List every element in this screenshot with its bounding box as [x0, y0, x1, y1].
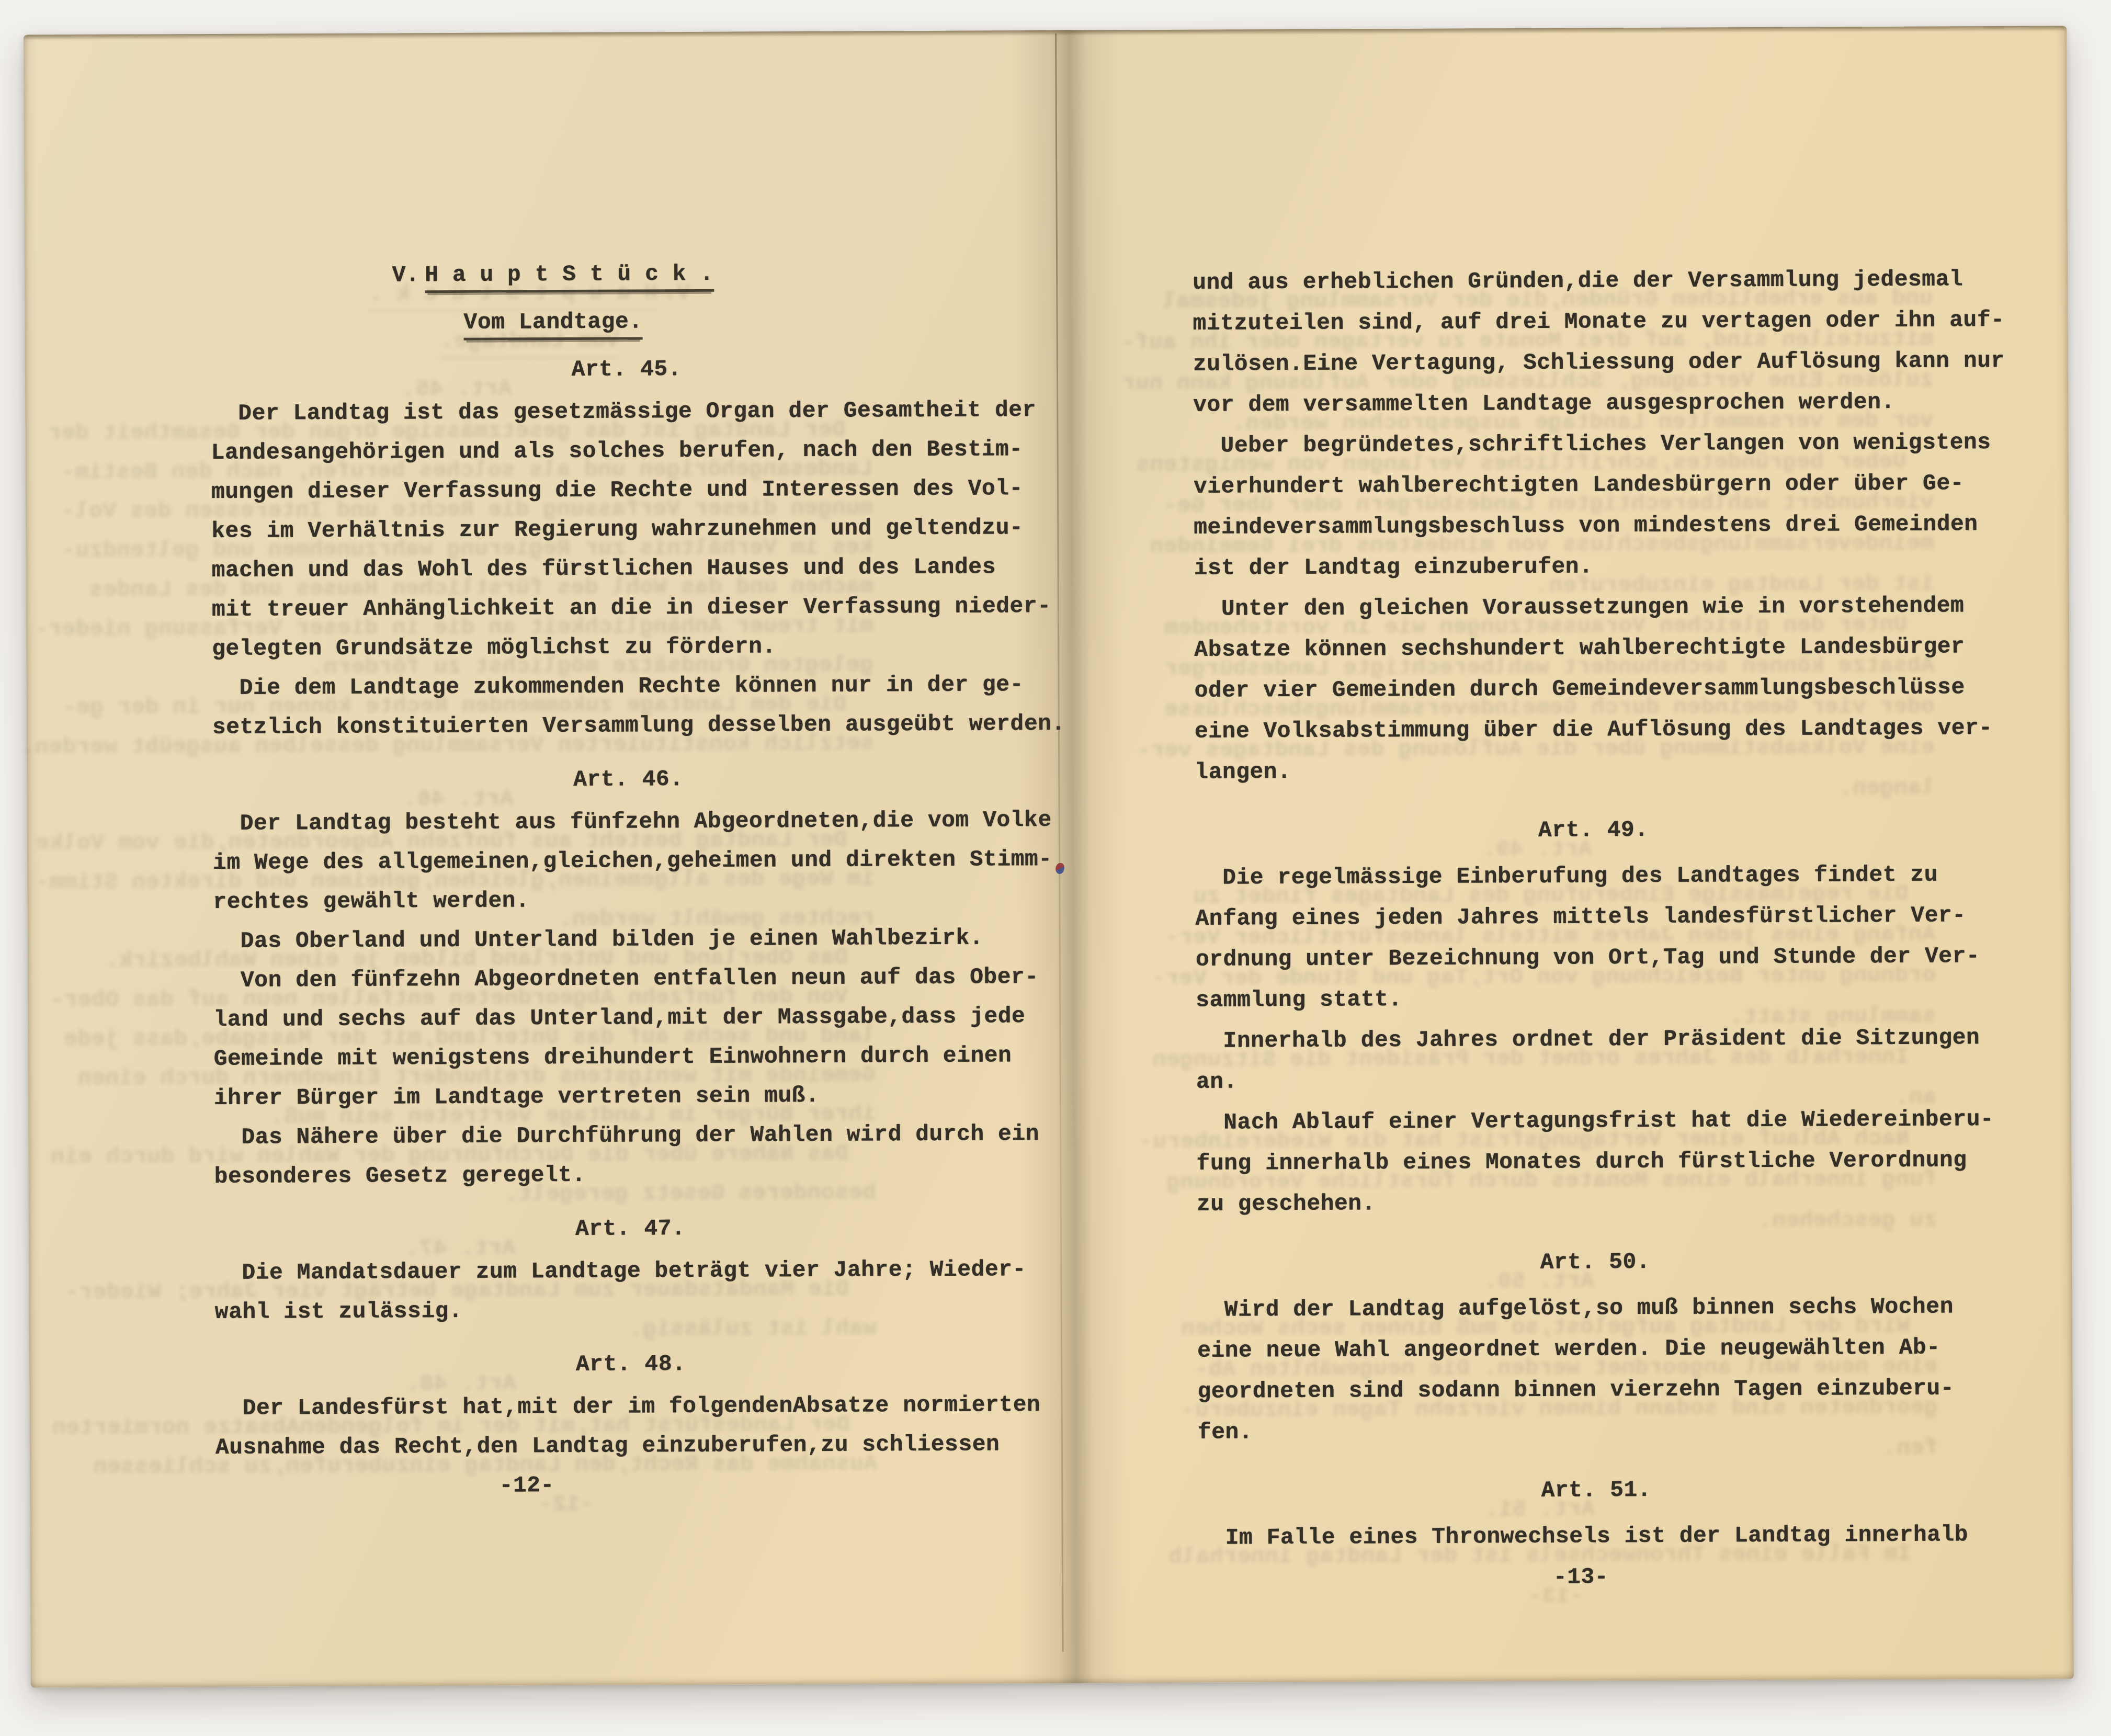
text-line: Die dem Landtage zukommenden Rechte könn…	[212, 665, 1043, 708]
page-right-text: und aus erheblichen Gründen,die der Vers…	[1057, 26, 2074, 1683]
text-line: meindeversammlungsbeschluss von mindeste…	[1194, 504, 2048, 548]
article-heading: Art. 51.	[1169, 1468, 2023, 1513]
text-line: zulösen.Eine Vertagung, Schliessung oder…	[1193, 341, 2047, 385]
text-line: ihrer Bürger im Landtage vertreten sein …	[214, 1075, 1046, 1118]
text-line: Ausnahme das Recht,den Landtag einzuberu…	[215, 1424, 1047, 1467]
text-line: rechtes gewählt werden.	[213, 879, 1045, 922]
text-line: Anfang eines jeden Jahres mittels landes…	[1195, 895, 2049, 939]
section-heading: Vom Landtage.	[137, 301, 969, 344]
text-line: Unter den gleichen Voraussetzungen wie i…	[1194, 585, 2048, 630]
text-line: machen und das Wohl des fürstlichen Haus…	[211, 547, 1043, 590]
text-line: fen.	[1198, 1409, 2052, 1453]
text-line: an.	[1196, 1058, 2050, 1103]
page-right: und aus erheblichen Gründen,die der Vers…	[1057, 26, 2074, 1683]
text-line: Von den fünfzehn Abgeordneten entfallen …	[213, 957, 1045, 1000]
text-line: setzlich konstituierten Versammlung dess…	[212, 704, 1044, 747]
text-line: gelegten Grundsätze möglichst zu fördern…	[212, 626, 1043, 668]
booklet-spread: V.H a u p t S t ü c k .Vom Landtage.Art.…	[24, 26, 2074, 1687]
text-line: mitzuteilen sind, auf drei Monate zu ver…	[1193, 300, 2047, 344]
text-line: mungen dieser Verfassung die Rechte und …	[211, 469, 1043, 512]
article-heading: Art. 47.	[214, 1207, 1046, 1250]
text-line: im Wege des allgemeinen,gleichen,geheime…	[213, 839, 1045, 882]
text-line: Die regelmässige Einberufung des Landtag…	[1195, 854, 2049, 899]
article-heading: Art. 50.	[1168, 1240, 2022, 1285]
text-line: geordneten sind sodann binnen vierzehn T…	[1197, 1368, 2051, 1412]
page-left-text: V.H a u p t S t ü c k .Vom Landtage.Art.…	[24, 30, 1064, 1688]
text-line: Innerhalb des Jahres ordnet der Präsiden…	[1196, 1017, 2050, 1062]
text-line: wahl ist zulässig.	[215, 1289, 1047, 1332]
text-line: Die Mandatsdauer zum Landtage beträgt vi…	[214, 1250, 1046, 1292]
text-line: Der Landtag besteht aus fünfzehn Abgeord…	[213, 800, 1045, 843]
scan-backdrop: V.H a u p t S t ü c k .Vom Landtage.Art.…	[0, 0, 2111, 1736]
text-line: Das Nähere über die Durchführung der Wah…	[214, 1114, 1046, 1157]
text-line: Ueber begründetes,schriftliches Verlange…	[1193, 422, 2047, 467]
text-line: besonderes Gesetz geregelt.	[214, 1153, 1046, 1196]
text-line: Nach Ablauf einer Vertagungsfrist hat di…	[1196, 1099, 2050, 1143]
text-line: eine Volksabstimmung über die Auflösung …	[1195, 708, 2049, 752]
article-heading: Art. 48.	[215, 1343, 1047, 1386]
article-heading: Art. 46.	[212, 758, 1044, 801]
page-number: -12-	[111, 1464, 943, 1507]
text-line: mit treuer Anhänglichkeit an die in dies…	[212, 586, 1043, 629]
text-line: langen.	[1195, 748, 2049, 793]
page-left: V.H a u p t S t ü c k .Vom Landtage.Art.…	[24, 30, 1064, 1688]
text-line: fung innerhalb eines Monates durch fürst…	[1196, 1140, 2050, 1184]
text-line: Der Landesfürst hat,mit der im folgenden…	[215, 1385, 1047, 1428]
text-line: oder vier Gemeinden durch Gemeindeversam…	[1194, 667, 2048, 711]
text-line: kes im Verhältnis zur Regierung wahrzune…	[211, 508, 1043, 551]
text-line: zu geschehen.	[1197, 1181, 2051, 1225]
chapter-heading: V.H a u p t S t ü c k .	[137, 253, 969, 296]
section-title: Vom Landtage.	[463, 309, 642, 340]
chapter-title: H a u p t S t ü c k .	[425, 261, 714, 293]
text-line: Das Oberland und Unterland bilden je ein…	[213, 918, 1045, 961]
article-heading: Art. 49.	[1166, 808, 2021, 853]
text-line: Wird der Landtag aufgelöst,so muß binnen…	[1197, 1286, 2051, 1331]
text-line: land und sechs auf das Unterland,mit der…	[213, 996, 1045, 1039]
chapter-number: V.	[392, 262, 420, 288]
text-line: Im Falle eines Thronwechsels ist der Lan…	[1198, 1514, 2052, 1559]
text-line: Absatze können sechshundert wahlberechti…	[1194, 626, 2048, 671]
page-number: -13-	[1154, 1555, 2008, 1599]
text-line: ist der Landtag einzuberufen.	[1194, 544, 2048, 589]
text-line: eine neue Wahl angeordnet werden. Die ne…	[1197, 1327, 2051, 1371]
article-heading: Art. 45.	[211, 348, 1042, 391]
text-line: Gemeinde mit wenigstens dreihundert Einw…	[214, 1036, 1046, 1079]
text-line: Der Landtag ist das gesetzmässige Organ …	[211, 390, 1042, 433]
text-line: vor dem versammelten Landtage ausgesproc…	[1193, 381, 2047, 426]
text-line: vierhundert wahlberechtigten Landesbürge…	[1194, 463, 2048, 507]
text-line: Landesangehörigen und als solches berufe…	[211, 429, 1042, 472]
text-line: sammlung statt.	[1196, 977, 2050, 1021]
text-line: und aus erheblichen Gründen,die der Vers…	[1193, 259, 2047, 303]
text-line: ordnung unter Bezeichnung von Ort,Tag un…	[1196, 936, 2050, 980]
